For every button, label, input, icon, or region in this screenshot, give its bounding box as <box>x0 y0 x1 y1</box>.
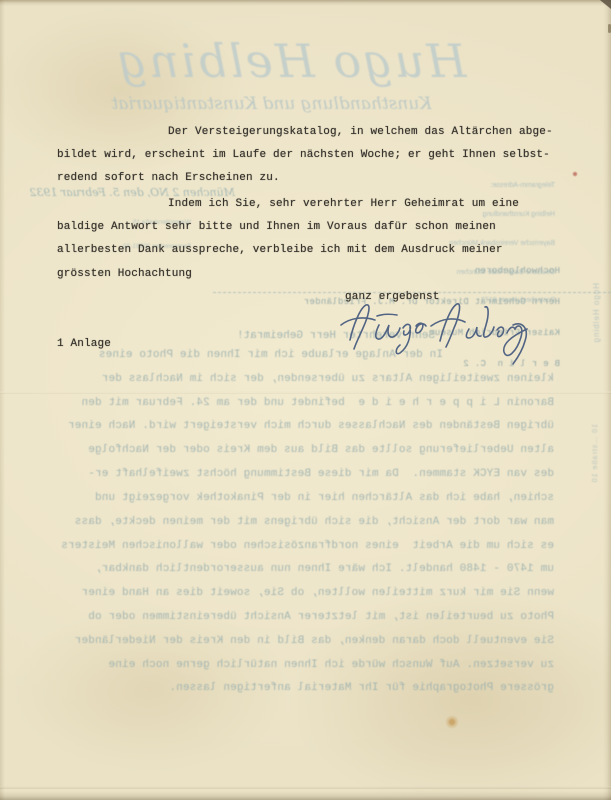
ghost-letterhead-name: Hugo Helbing <box>95 34 487 88</box>
typed-line: grössten Hochachtung <box>57 268 192 280</box>
ghost-body-line: man war dort der Ansicht, die sich übrig… <box>75 516 554 528</box>
ghost-letterhead-subtitle: Kunsthandlung und Kunstantiquariat <box>80 94 463 114</box>
typed-line: baldige Antwort sehr bitte und Ihnen im … <box>57 221 496 233</box>
letter-sheet: Hugo Helbing Kunsthandlung und Kunstanti… <box>0 0 611 800</box>
ghost-body-line: um 1470 - 1480 handelt. Ich wäre Ihnen n… <box>95 563 554 575</box>
ghost-contact-line: Helbing Kunsthandlung <box>449 210 555 220</box>
ghost-body-line: schien, habe ich das Altärchen hier in d… <box>95 492 554 504</box>
ghost-edge-print-top: Hugo Helbing <box>592 283 601 353</box>
ghost-body-line: Photo zu beurteilen ist, mit letzterer A… <box>88 611 554 623</box>
ghost-recipient-line: Hochwohlgeboren <box>303 266 560 276</box>
ghost-body-line: es sich um die Arbeit eines nordfranzösi… <box>61 540 554 552</box>
torn-corner-notch <box>598 0 611 9</box>
typed-line: allerbesten Dank ausspreche, verbleibe i… <box>57 244 503 256</box>
ghost-contact-line: Telegramm-Adresse: <box>449 181 555 191</box>
ghost-date-sub-block: Wagmüllerstraße 15 Fernsprecher 20331-33 <box>123 203 191 267</box>
ghost-edge-print-bottom: 10 …straße 10 <box>592 424 599 549</box>
ghost-body-line: kleinen zweiteiligen Altars zu übersende… <box>102 373 554 385</box>
typed-line: bildet wird, erscheint im Laufe der näch… <box>57 149 550 161</box>
typed-line: Der Versteigerungskatalog, in welchem da… <box>168 126 553 138</box>
ghost-body-line: Sie eventuell doch daran denken, das Bil… <box>75 635 554 647</box>
ghost-body-line: zu versetzen. Auf Wunsch würde ich Ihnen… <box>108 659 554 671</box>
typed-line: Indem ich Sie, sehr verehrter Herr Gehei… <box>168 198 519 210</box>
typed-line: redend sofort nach Erscheinen zu. <box>57 172 280 184</box>
ghost-body-line: des van EYCK stammen. Da mir diese Besti… <box>88 468 554 480</box>
signature-hugo-helbing <box>336 296 536 374</box>
bleed-through-layer: Hugo Helbing Kunsthandlung und Kunstanti… <box>0 0 611 800</box>
ghost-body-line: Baronin L i p p e r h e i d e befindet u… <box>81 397 554 409</box>
ghost-body-line: alten Ueberlieferung sollte das Bild aus… <box>88 444 554 456</box>
ghost-body-line: wenn Sie mir kurz mitteilen wollten, ob … <box>81 587 554 599</box>
fold-crease <box>0 391 611 394</box>
enclosure-note: 1 Anlage <box>57 338 111 350</box>
ghost-body-line: übrigen Beständen des Nachlasses durch m… <box>68 420 554 432</box>
fold-crease <box>0 786 611 789</box>
ghost-body-text: In der Anlage erlaube ich mir Ihnen die … <box>553 0 611 306</box>
ghost-body-line: grössere Photographie für Ihr Material a… <box>169 682 554 694</box>
ghost-contact-line: Deutsche Bank Filiale München <box>449 268 555 278</box>
